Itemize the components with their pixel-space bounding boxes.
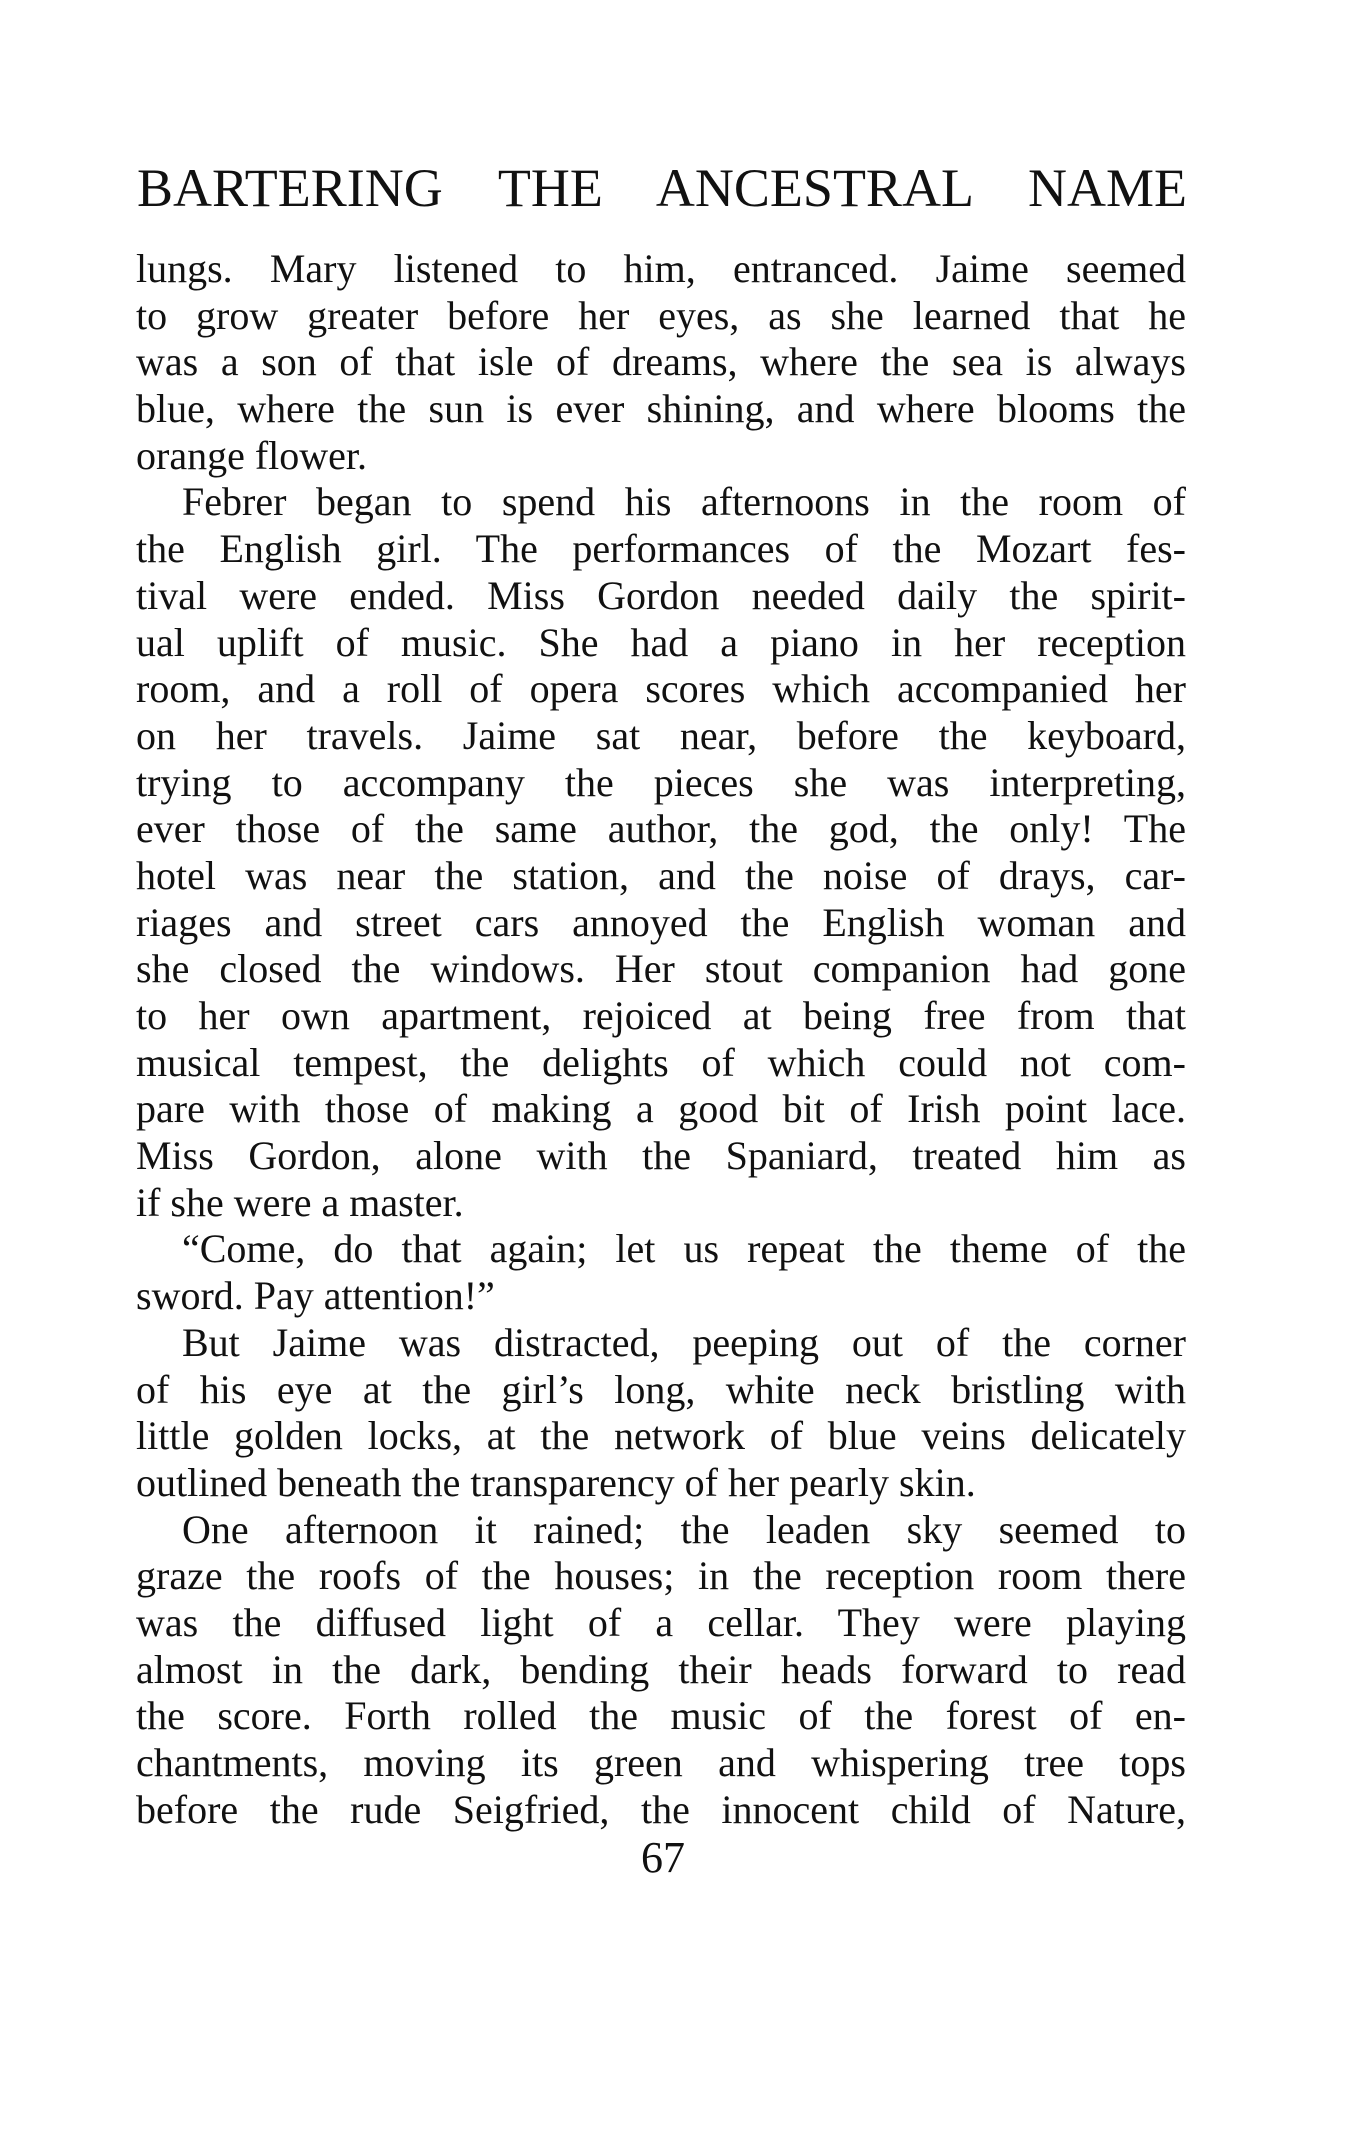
- text-line: orange flower.: [136, 433, 1186, 480]
- text-line: ual uplift of music. She had a piano in …: [136, 620, 1186, 667]
- text-line: room, and a roll of opera scores which a…: [136, 666, 1186, 713]
- text-line: But Jaime was distracted, peeping out of…: [136, 1320, 1186, 1367]
- text-line: blue, where the sun is ever shining, and…: [136, 386, 1186, 433]
- text-line: the score. Forth rolled the music of the…: [136, 1693, 1186, 1740]
- text-line: riages and street cars annoyed the Engli…: [136, 900, 1186, 947]
- text-line: was a son of that isle of dreams, where …: [136, 339, 1186, 386]
- text-line: pare with those of making a good bit of …: [136, 1086, 1186, 1133]
- text-line: ever those of the same author, the god, …: [136, 806, 1186, 853]
- text-line: Miss Gordon, alone with the Spaniard, tr…: [136, 1133, 1186, 1180]
- text-line: One afternoon it rained; the leaden sky …: [136, 1507, 1186, 1554]
- text-line: if she were a master.: [136, 1180, 1186, 1227]
- text-line: “Come, do that again; let us repeat the …: [136, 1226, 1186, 1273]
- text-line: on her travels. Jaime sat near, before t…: [136, 713, 1186, 760]
- text-line: little golden locks, at the network of b…: [136, 1413, 1186, 1460]
- text-line: graze the roofs of the houses; in the re…: [136, 1553, 1186, 1600]
- running-head: BARTERING THE ANCESTRAL NAME: [137, 158, 1187, 218]
- text-line: chantments, moving its green and whisper…: [136, 1740, 1186, 1787]
- book-page: BARTERING THE ANCESTRAL NAME lungs. Mary…: [0, 0, 1360, 2156]
- text-line: of his eye at the girl’s long, white nec…: [136, 1367, 1186, 1414]
- text-line: she closed the windows. Her stout compan…: [136, 946, 1186, 993]
- text-line: Febrer began to spend his afternoons in …: [136, 479, 1186, 526]
- text-line: to her own apartment, rejoiced at being …: [136, 993, 1186, 1040]
- page-number: 67: [0, 1833, 1326, 1883]
- body-text: lungs. Mary listened to him, entranced. …: [136, 246, 1186, 1833]
- text-line: outlined beneath the transparency of her…: [136, 1460, 1186, 1507]
- text-line: trying to accompany the pieces she was i…: [136, 760, 1186, 807]
- text-line: hotel was near the station, and the nois…: [136, 853, 1186, 900]
- text-line: tival were ended. Miss Gordon needed dai…: [136, 573, 1186, 620]
- text-line: before the rude Seigfried, the innocent …: [136, 1787, 1186, 1834]
- text-line: lungs. Mary listened to him, entranced. …: [136, 246, 1186, 293]
- text-line: was the diffused light of a cellar. They…: [136, 1600, 1186, 1647]
- text-line: almost in the dark, bending their heads …: [136, 1647, 1186, 1694]
- text-line: sword. Pay attention!”: [136, 1273, 1186, 1320]
- text-line: musical tempest, the delights of which c…: [136, 1040, 1186, 1087]
- text-line: the English girl. The performances of th…: [136, 526, 1186, 573]
- text-line: to grow greater before her eyes, as she …: [136, 293, 1186, 340]
